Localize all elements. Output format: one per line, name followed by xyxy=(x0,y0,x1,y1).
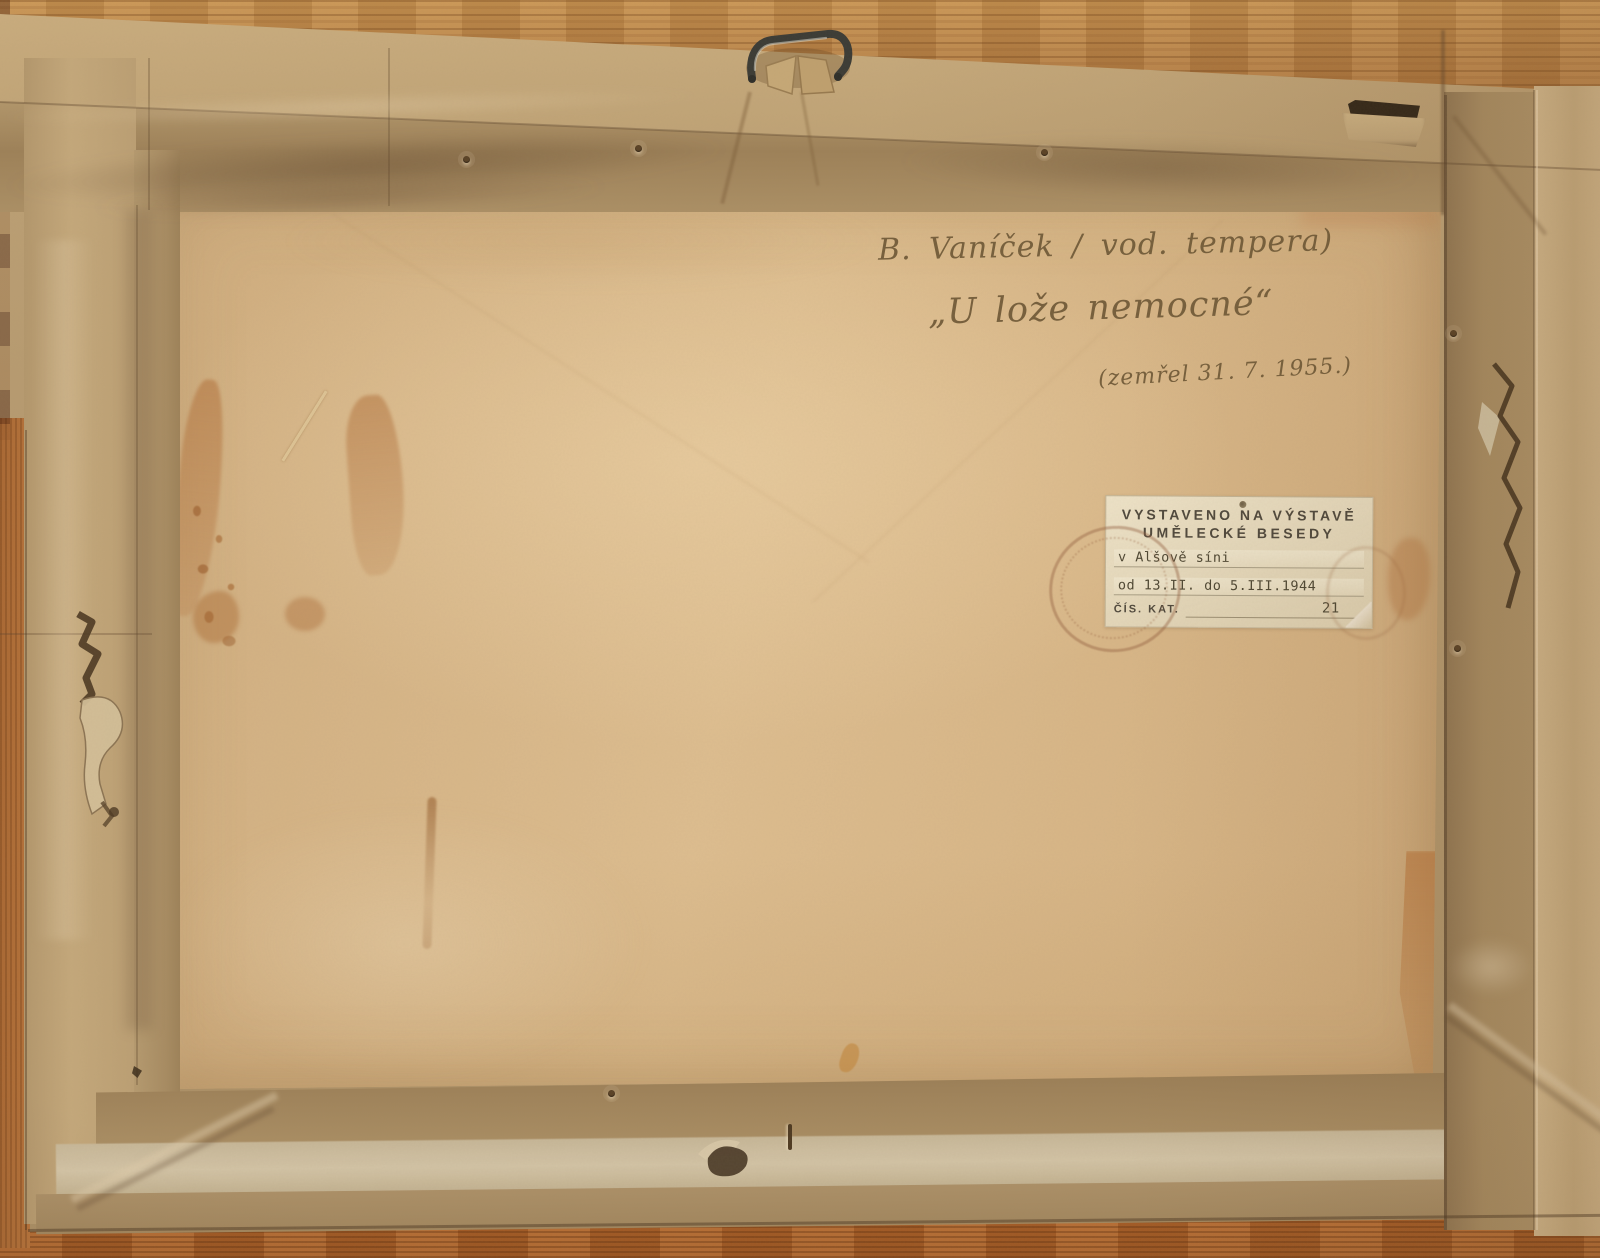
label-catalog-row: ČÍS. KAT. 21 xyxy=(1114,596,1364,619)
scratch-mark xyxy=(282,390,328,461)
kraft-tape-right-outer xyxy=(1534,86,1600,1236)
stain-speckles xyxy=(179,491,269,661)
label-catalog-line: 21 xyxy=(1186,597,1364,619)
tack xyxy=(788,1124,792,1150)
label-venue-line: v Alšově síni xyxy=(1114,549,1364,569)
small-fleck xyxy=(837,1041,862,1075)
tack xyxy=(608,1090,615,1097)
water-stain xyxy=(285,597,325,631)
water-stain xyxy=(193,591,239,643)
tack xyxy=(635,145,642,152)
tape-seam xyxy=(1444,95,1447,1230)
label-catalog-number: 21 xyxy=(1322,601,1340,617)
tack xyxy=(463,156,470,163)
exhibition-label: VYSTAVENO NA VÝSTAVĚ UMĚLECKÉ BESEDY v A… xyxy=(1105,495,1374,629)
metal-hanger xyxy=(732,16,862,116)
drip-stain xyxy=(422,797,436,949)
tack xyxy=(1041,149,1048,156)
paper-tear-bottom xyxy=(688,1130,760,1184)
paper-left-edge-shadow xyxy=(25,430,27,1230)
label-catalog-caption: ČÍS. KAT. xyxy=(1114,603,1180,617)
water-stain xyxy=(343,393,409,576)
rust-streak xyxy=(1393,851,1441,1095)
tack xyxy=(1450,330,1457,337)
label-header-line1: VYSTAVENO NA VÝSTAVĚ xyxy=(1106,506,1372,524)
tack xyxy=(1454,645,1461,652)
tape-seam xyxy=(148,58,150,210)
paper-tear-left xyxy=(52,606,156,830)
label-header-line2: UMĚLECKÉ BESEDY xyxy=(1106,524,1372,542)
label-date-line: od 13.II. do 5.III.1944 xyxy=(1114,577,1364,597)
pin-hole xyxy=(1239,501,1246,508)
framed-artwork-back-photo: B. Vaníček / vod. tempera) „U lože nemoc… xyxy=(0,0,1600,1258)
tape-seam xyxy=(388,48,390,206)
backing-paper-panel xyxy=(163,191,1441,1089)
paper-crack-right xyxy=(1478,358,1540,630)
crease-shadow xyxy=(332,213,870,563)
kraft-tape-right-inner xyxy=(1444,92,1536,1230)
tape-seam xyxy=(1536,90,1538,1230)
pale-wash xyxy=(165,807,645,1079)
tape-seam xyxy=(1533,90,1535,1230)
label-corner-fold xyxy=(1346,602,1372,628)
